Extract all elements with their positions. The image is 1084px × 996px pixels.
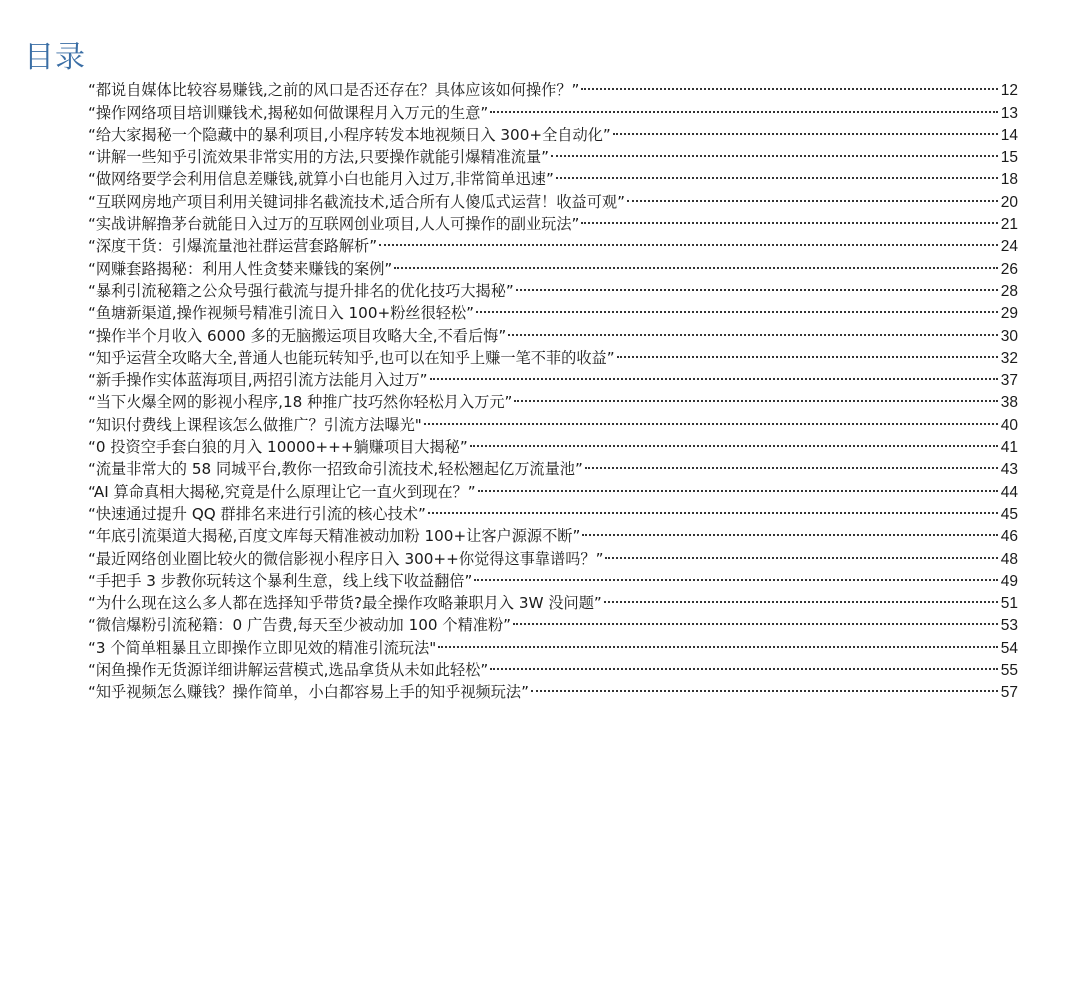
toc-page-number[interactable]: 20 <box>1000 192 1018 214</box>
toc-page-number[interactable]: 15 <box>1000 147 1018 169</box>
dot-leader <box>394 251 998 273</box>
dot-leader <box>428 497 998 519</box>
toc-entry-title[interactable]: “操作网络项目培训赚钱术,揭秘如何做课程月入万元的生意” <box>88 102 488 124</box>
dot-leader <box>379 229 998 251</box>
toc-entry-title[interactable]: “闲鱼操作无货源详细讲解运营模式,选品拿货从未如此轻松” <box>88 659 488 681</box>
dot-leader <box>478 474 998 496</box>
dot-leader <box>617 341 998 363</box>
toc-entry-title-partial <box>88 697 93 707</box>
toc-page-number[interactable]: 29 <box>1000 303 1018 325</box>
toc-page-number[interactable]: 46 <box>1000 526 1018 548</box>
dot-leader <box>551 140 998 162</box>
toc-entry-title[interactable]: “做网络要学会利用信息差赚钱,就算小白也能月入过万,非常简单迅速” <box>88 168 554 190</box>
toc-entry-title[interactable]: “快速通过提升 QQ 群排名来进行引流的核心技术” <box>88 503 426 525</box>
dot-leader <box>438 630 998 652</box>
toc-page-number[interactable]: 24 <box>1000 236 1018 258</box>
table-of-contents: “都说自媒体比较容易赚钱,之前的风口是否还存在？具体应该如何操作？”12 “操作… <box>88 73 1018 707</box>
toc-page-number[interactable]: 18 <box>1000 169 1018 191</box>
toc-entry-title[interactable]: “知识付费线上课程该怎么做推广？引流方法曝光" <box>88 414 422 436</box>
toc-page-number[interactable]: 26 <box>1000 259 1018 281</box>
toc-entry-title[interactable]: “操作半个月收入 6000 多的无脑搬运项目攻略大全,不看后悔” <box>88 325 506 347</box>
toc-page-number[interactable]: 55 <box>1000 660 1018 682</box>
toc-entry-title[interactable]: “手把手 3 步教你玩转这个暴利生意，线上线下收益翻倍” <box>88 570 472 592</box>
toc-page-number[interactable]: 51 <box>1000 593 1018 615</box>
dot-leader <box>516 274 998 296</box>
dot-leader <box>581 73 998 95</box>
dot-leader <box>430 363 998 385</box>
toc-entry-title[interactable]: “网赚套路揭秘：利用人性贪婪来赚钱的案例” <box>88 258 392 280</box>
dot-leader <box>424 407 998 429</box>
toc-entry-title[interactable]: “深度干货：引爆流量池社群运营套路解析” <box>88 235 377 257</box>
toc-page-number[interactable]: 37 <box>1000 370 1018 392</box>
toc-page-number[interactable]: 14 <box>1000 125 1018 147</box>
dot-leader <box>585 452 998 474</box>
toc-page-number[interactable]: 57 <box>1000 682 1018 704</box>
toc-entry-title[interactable]: “年底引流渠道大揭秘,百度文库每天精准被动加粉 100+让客户源源不断” <box>88 525 580 547</box>
dot-leader <box>582 519 998 541</box>
toc-page-number[interactable]: 28 <box>1000 281 1018 303</box>
toc-page-number[interactable]: 41 <box>1000 437 1018 459</box>
dot-leader <box>627 184 998 206</box>
toc-entry-title[interactable]: “新手操作实体蓝海项目,两招引流方法能月入过万” <box>88 369 428 391</box>
dot-leader <box>490 95 998 117</box>
toc-entry-title[interactable]: “AI 算命真相大揭秘,究竟是什么原理让它一直火到现在？” <box>88 481 476 503</box>
toc-page-number[interactable]: 43 <box>1000 459 1018 481</box>
toc-page-number[interactable]: 54 <box>1000 638 1018 660</box>
dot-leader <box>513 608 998 630</box>
toc-entry-title[interactable]: “3 个简单粗暴且立即操作立即见效的精准引流玩法" <box>88 637 436 659</box>
dot-leader <box>556 162 998 184</box>
toc-entry-title[interactable]: “讲解一些知乎引流效果非常实用的方法,只要操作就能引爆精准流量” <box>88 146 549 168</box>
toc-page-number[interactable]: 12 <box>1000 80 1018 102</box>
toc-entry-title[interactable]: “知乎视频怎么赚钱？操作简单，小白都容易上手的知乎视频玩法” <box>88 681 529 703</box>
dot-leader <box>604 586 998 608</box>
dot-leader <box>508 318 998 340</box>
dot-leader <box>476 296 998 318</box>
toc-page-number[interactable]: 44 <box>1000 482 1018 504</box>
toc-page-number[interactable]: 32 <box>1000 348 1018 370</box>
dot-leader <box>531 675 998 697</box>
toc-entry-title[interactable]: “互联网房地产项目利用关键词排名截流技术,适合所有人傻瓜式运营！收益可观” <box>88 191 625 213</box>
toc-entry-title[interactable]: “0 投资空手套白狼的月入 10000+++躺赚项目大揭秘” <box>88 436 468 458</box>
dot-leader <box>470 430 998 452</box>
toc-page-number[interactable]: 48 <box>1000 549 1018 571</box>
toc-entry-title[interactable]: “鱼塘新渠道,操作视频号精准引流日入 100+粉丝很轻松” <box>88 302 474 324</box>
toc-entry[interactable]: “都说自媒体比较容易赚钱,之前的风口是否还存在？具体应该如何操作？”12 <box>88 73 1018 95</box>
toc-page-number[interactable]: 45 <box>1000 504 1018 526</box>
toc-page-number[interactable]: 38 <box>1000 392 1018 414</box>
toc-page-number[interactable]: 30 <box>1000 326 1018 348</box>
dot-leader <box>605 541 998 563</box>
toc-page-number[interactable]: 49 <box>1000 571 1018 593</box>
toc-title: 目录 <box>24 36 86 80</box>
toc-page-number[interactable]: 53 <box>1000 615 1018 637</box>
toc-page-number[interactable]: 40 <box>1000 415 1018 437</box>
dot-leader <box>474 564 998 586</box>
toc-entry-title[interactable]: “暴利引流秘籍之公众号强行截流与提升排名的优化技巧大揭秘” <box>88 280 514 302</box>
dot-leader <box>490 653 998 675</box>
toc-page-number[interactable]: 21 <box>1000 214 1018 236</box>
dot-leader <box>581 207 998 229</box>
toc-entry-title[interactable]: “给大家揭秘一个隐藏中的暴利项目,小程序转发本地视频日入 300+全自动化” <box>88 124 611 146</box>
dot-leader <box>514 385 998 407</box>
dot-leader <box>613 118 998 140</box>
toc-page-number[interactable]: 13 <box>1000 103 1018 125</box>
